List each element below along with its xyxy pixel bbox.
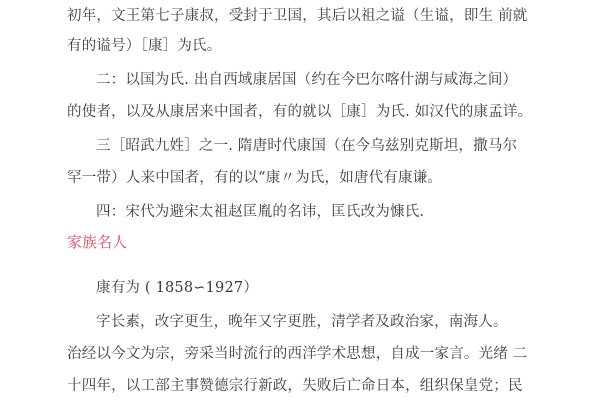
origin-para2-line1: 二：以国为氏. 出自西域康居国（约在今巴尔喀什湖与咸海之间） bbox=[96, 70, 517, 90]
famous-person-bio-line1: 字长素，改字更生，晚年又字更胜，清学者及政治家，南海人。 bbox=[96, 312, 508, 332]
origin-para3-line1: 三［昭武九姓］之一. 隋唐时代康国（在今乌兹别克斯坦，撒马尔 bbox=[96, 136, 517, 156]
famous-person-bio-line3: 十四年，以工部主事赞德宗行新政，失败后亡命日本，组织保皇党；民 bbox=[67, 376, 523, 396]
origin-para2-line2: 的使者，以及从康居来中国者，有的就以［康］为氏. 如汉代的康孟详。 bbox=[67, 102, 532, 122]
origin-para1-line2: 有的谥号）［康］为氏。 bbox=[67, 36, 221, 56]
origin-para3-line2: 罕一带）人来中国者，有的以“康〃为氏，如唐代有康谦。 bbox=[67, 168, 442, 188]
famous-person-name: 康有为 ( 1858∽1927） bbox=[96, 278, 258, 298]
document-page: 初年，文王第七子康叔，受封于卫国，其后以祖之谥（生谥，即生 前就 有的谥号）［康… bbox=[0, 0, 600, 400]
famous-person-bio-line2: 治经以今文为宗，旁采当时流行的西洋学术思想，自成一家言。光绪 二 bbox=[67, 344, 528, 364]
origin-para1-line1: 初年，文王第七子康叔，受封于卫国，其后以祖之谥（生谥，即生 前就 bbox=[67, 6, 528, 26]
section-heading-famous-people: 家族名人 bbox=[67, 232, 127, 252]
origin-para4-line1: 四：宋代为避宋太祖赵匡胤的名讳，匡氏改为慷氏. bbox=[96, 202, 424, 222]
